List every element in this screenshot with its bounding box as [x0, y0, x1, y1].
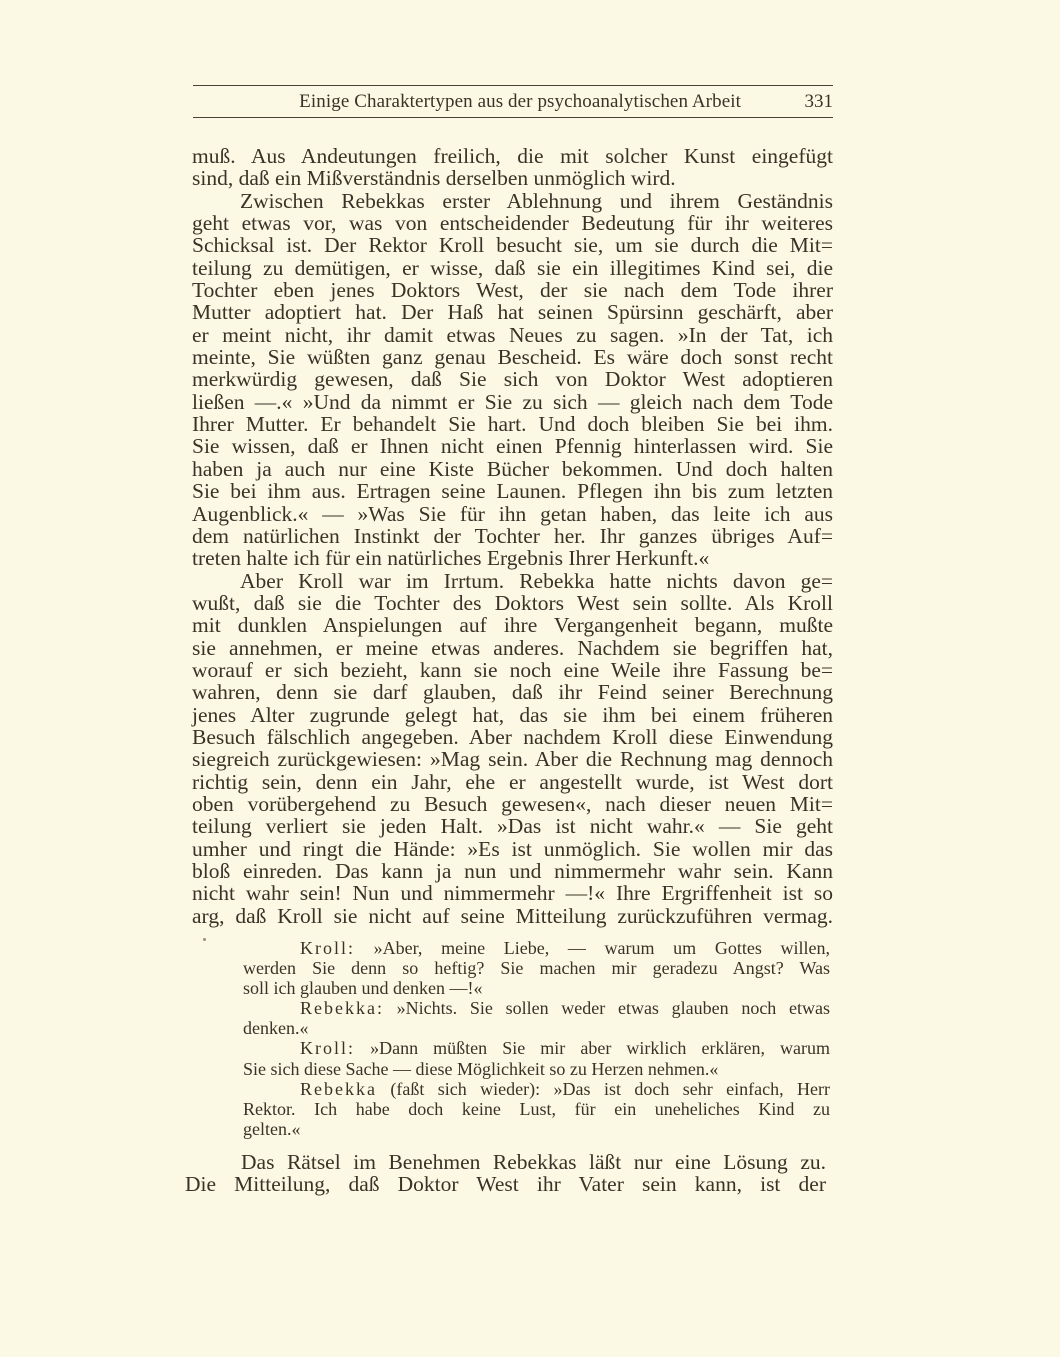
- dialogue-entry-kroll-2: Kroll: »Dann müßten Sie mir aber wirklic…: [243, 1038, 830, 1078]
- header-bottom-rule: [193, 117, 833, 118]
- text-line: geht etwas vor, was von entscheidender B…: [192, 212, 833, 234]
- text-line: treten halte ich für ein natürliches Erg…: [192, 547, 833, 569]
- dialogue-entry-rebekka-2: Rebekka (faßt sich wieder): »Das ist doc…: [243, 1079, 830, 1139]
- text-line: meinte, Sie wüßten ganz genau Bescheid. …: [192, 346, 833, 368]
- text-line: teilung zu demütigen, er wisse, daß sie …: [192, 257, 833, 279]
- header-top-rule: [193, 85, 833, 86]
- text-line: bloß einreden. Das kann ja nun und nimme…: [192, 860, 833, 882]
- text-line: sind, daß ein Mißverständnis derselben u…: [192, 167, 833, 189]
- text-line: sie annehmen, er meine etwas anderes. Na…: [192, 637, 833, 659]
- text-line: arg, daß Kroll sie nicht auf seine Mitte…: [192, 905, 833, 927]
- text-line: Mutter adoptiert hat. Der Haß hat seinen…: [192, 301, 833, 323]
- running-head-title: Einige Charaktertypen aus der psychoanal…: [299, 89, 741, 115]
- text-line: Augenblick.« — »Was Sie für ihn getan ha…: [192, 503, 833, 525]
- paragraph-2: Zwischen Rebekkas erster Ablehnung und i…: [192, 190, 833, 570]
- text-line: Die Mitteilung, daß Doktor West ihr Vate…: [185, 1173, 826, 1195]
- dialogue-line: Kroll: »Dann müßten Sie mir aber wirklic…: [243, 1038, 830, 1058]
- body-text: muß. Aus Andeutungen freilich, die mit s…: [192, 145, 833, 927]
- text-line: umher und ringt die Hände: »Es ist unmög…: [192, 838, 833, 860]
- text-line: Ihrer Mutter. Er behandelt Sie hart. Und…: [192, 413, 833, 435]
- dialogue-line: soll ich glauben und denken —!«: [243, 978, 830, 998]
- text-line: richtig sein, denn ein Jahr, ehe er ange…: [192, 771, 833, 793]
- text-line: Aber Kroll war im Irrtum. Rebekka hatte …: [192, 570, 833, 592]
- text-line: mit dunklen Anspielungen auf ihre Vergan…: [192, 614, 833, 636]
- text-line: worauf er sich bezieht, kann sie noch ei…: [192, 659, 833, 681]
- paper-speck: [203, 938, 206, 941]
- speaker-name: Kroll:: [300, 1038, 355, 1058]
- text-line: oben vorübergehend zu Besuch gewesen«, n…: [192, 793, 833, 815]
- text-line: dem natürlichen Instinkt der Tochter her…: [192, 525, 833, 547]
- text-line: Sie bei ihm aus. Ertragen seine Launen. …: [192, 480, 833, 502]
- dialogue-line: Rebekka (faßt sich wieder): »Das ist doc…: [243, 1079, 830, 1099]
- dialogue-quote: Kroll: »Aber, meine Liebe, — warum um Go…: [243, 938, 830, 1139]
- text-line: Zwischen Rebekkas erster Ablehnung und i…: [192, 190, 833, 212]
- text-line: wußt, daß sie die Tochter des Doktors We…: [192, 592, 833, 614]
- page-number: 331: [805, 89, 834, 115]
- paragraph-4: Das Rätsel im Benehmen Rebekkas läßt nur…: [185, 1151, 826, 1196]
- text-line: Tochter eben jenes Doktors West, der sie…: [192, 279, 833, 301]
- paragraph-1: muß. Aus Andeutungen freilich, die mit s…: [192, 145, 833, 190]
- speaker-name: Rebekka:: [300, 998, 384, 1018]
- text-line: jenes Alter zugrunde gelegt hat, das sie…: [192, 704, 833, 726]
- speaker-name: Kroll:: [300, 938, 355, 958]
- text-line: muß. Aus Andeutungen freilich, die mit s…: [192, 145, 833, 167]
- text-line: Schicksal ist. Der Rektor Kroll besucht …: [192, 234, 833, 256]
- text-line: ließen —.« »Und da nimmt er Sie zu sich …: [192, 391, 833, 413]
- text-line: haben ja auch nur eine Kiste Bücher beko…: [192, 458, 833, 480]
- dialogue-line: denken.«: [243, 1018, 830, 1038]
- text-line: siegreich zurückgewiesen: »Mag sein. Abe…: [192, 748, 833, 770]
- dialogue-line: Rebekka: »Nichts. Sie sollen weder etwas…: [243, 998, 830, 1018]
- dialogue-line: gelten.«: [243, 1119, 830, 1139]
- text-line: er meint nicht, ihr damit etwas Neues zu…: [192, 324, 833, 346]
- text-line: Besuch fälschlich angegeben. Aber nachde…: [192, 726, 833, 748]
- running-head: Einige Charaktertypen aus der psychoanal…: [193, 89, 833, 115]
- text-line: merkwürdig gewesen, daß Sie sich von Dok…: [192, 368, 833, 390]
- text-line: wahren, denn sie darf glauben, daß ihr F…: [192, 681, 833, 703]
- book-page: Einige Charaktertypen aus der psychoanal…: [0, 0, 1060, 1357]
- dialogue-line: Rektor. Ich habe doch keine Lust, für ei…: [243, 1099, 830, 1119]
- text-line: Sie wissen, daß er Ihnen nicht einen Pfe…: [192, 435, 833, 457]
- dialogue-entry-kroll-1: Kroll: »Aber, meine Liebe, — warum um Go…: [243, 938, 830, 998]
- text-line: Das Rätsel im Benehmen Rebekkas läßt nur…: [185, 1151, 826, 1173]
- text-line: teilung verliert sie jeden Halt. »Das is…: [192, 815, 833, 837]
- dialogue-line: Sie sich diese Sache — diese Möglichkeit…: [243, 1059, 830, 1079]
- speaker-name: Rebekka: [300, 1079, 377, 1099]
- text-line: nicht wahr sein! Nun und nimmermehr —!« …: [192, 882, 833, 904]
- paragraph-3: Aber Kroll war im Irrtum. Rebekka hatte …: [192, 570, 833, 928]
- dialogue-entry-rebekka-1: Rebekka: »Nichts. Sie sollen weder etwas…: [243, 998, 830, 1038]
- dialogue-line: Kroll: »Aber, meine Liebe, — warum um Go…: [243, 938, 830, 958]
- dialogue-line: werden Sie denn so heftig? Sie machen mi…: [243, 958, 830, 978]
